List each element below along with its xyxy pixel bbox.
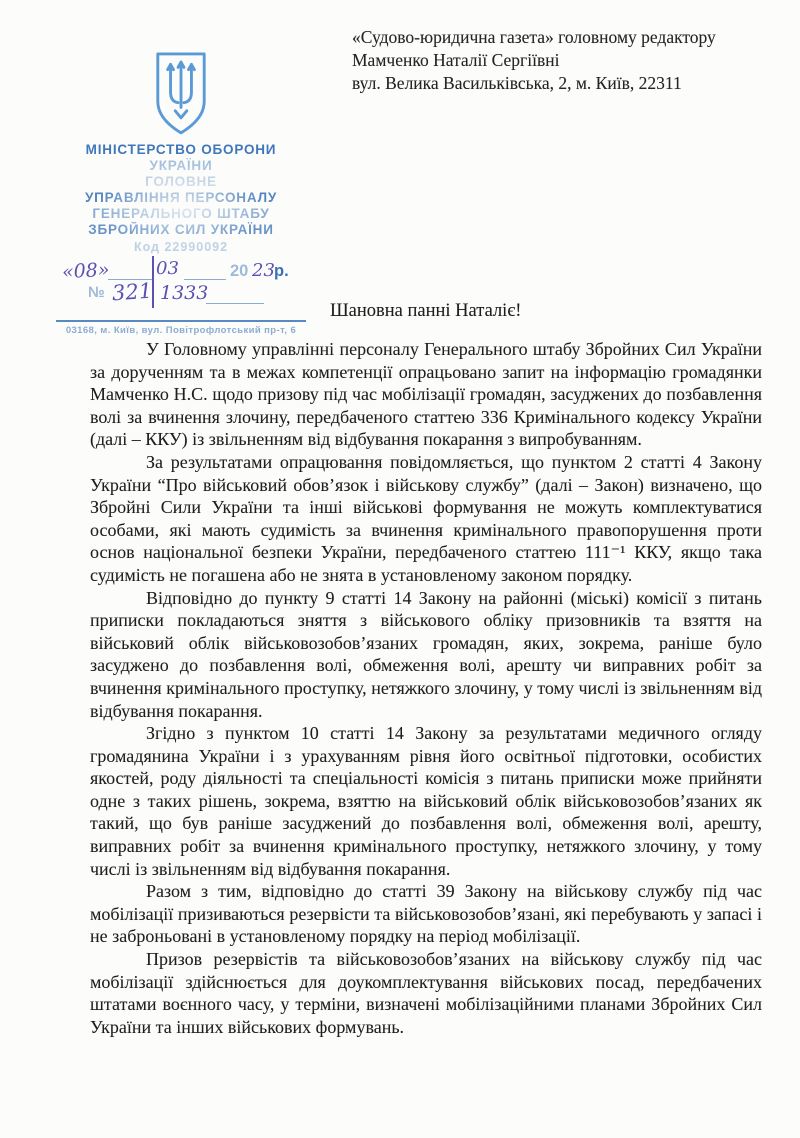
stamp-number-denominator: 1333 [160,282,208,304]
stamp-blank-line [206,302,264,304]
stamp-date-day: «08» [61,259,110,283]
stamp-number-label: № [88,284,105,301]
stamp-org-line: УКРАЇНИ [56,158,306,174]
letter-body: У Головному управлінні персоналу Генерал… [90,338,762,1038]
tryzub-emblem-icon [152,50,210,138]
body-paragraph: Згідно з пунктом 10 статті 14 Закону за … [90,722,762,880]
addressee-line: Мамченко Наталії Сергіївні [352,49,782,72]
stamp-rule-line [56,320,306,322]
stamp-year-suffix: р. [274,262,289,281]
salutation: Шановна панні Наталіє! [330,301,521,322]
scanned-letter-page: «Судово-юридична газета» головному редак… [0,0,800,1138]
stamp-address-line: 03168, м. Київ, вул. Повітрофлотський пр… [56,325,306,336]
addressee-line: вул. Велика Васильківська, 2, м. Київ, 2… [352,72,782,95]
stamp-date-month: 03 [156,258,179,279]
body-paragraph: У Головному управлінні персоналу Генерал… [90,338,762,451]
body-paragraph: Відповідно до пункту 9 статті 14 Закону … [90,587,762,723]
stamp-year-printed: 20 [230,262,248,281]
stamp-org-line: МІНІСТЕРСТВО ОБОРОНИ [56,142,306,158]
body-paragraph: За результатами опрацювання повідомляєть… [90,451,762,587]
ministry-stamp: МІНІСТЕРСТВО ОБОРОНИ УКРАЇНИ ГОЛОВНЕ УПР… [56,50,306,336]
stamp-org-line: ГОЛОВНЕ [56,174,306,190]
body-paragraph: Разом з тим, відповідно до статті 39 Зак… [90,880,762,948]
addressee-block: «Судово-юридична газета» головному редак… [352,26,782,95]
stamp-org-line: ГЕНЕРАЛЬНОГО ШТАБУ [56,206,306,222]
stamp-number-handwritten: 321 [111,279,153,306]
stamp-number-divider [152,256,154,308]
stamp-date-number-form: «08» 03 20 23 р. № 321 1333 [56,262,306,318]
stamp-org-line: ЗБРОЙНИХ СИЛ УКРАЇНИ [56,222,306,238]
stamp-year-handwritten: 23 [252,260,275,281]
stamp-blank-line [184,278,226,280]
stamp-org-line: УПРАВЛІННЯ ПЕРСОНАЛУ [56,190,306,206]
stamp-code-line: Код 22990092 [56,240,306,254]
body-paragraph: Призов резервістів та військовозобов’яза… [90,948,762,1038]
addressee-line: «Судово-юридична газета» головному редак… [352,26,782,49]
